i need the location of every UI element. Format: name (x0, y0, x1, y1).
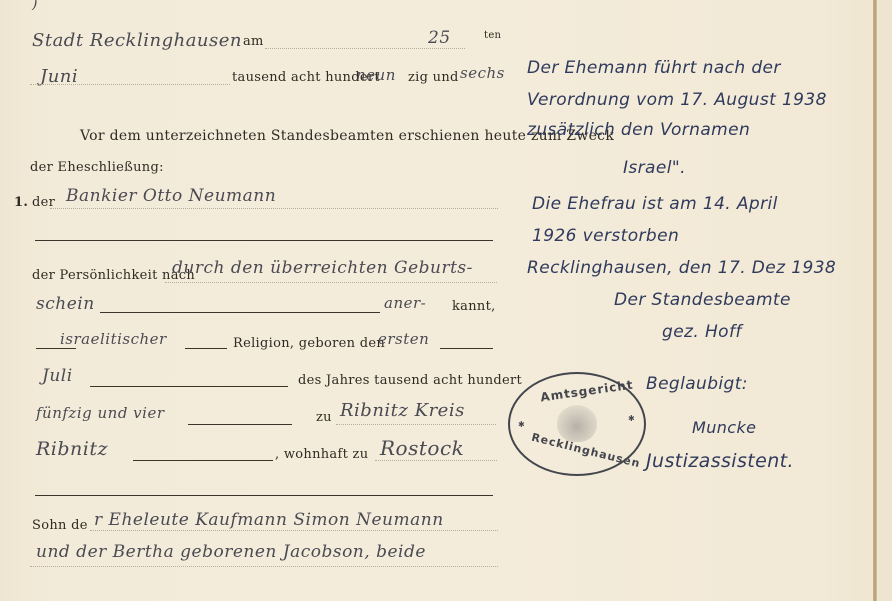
stamp-star-icon: ✱ (628, 414, 635, 423)
ruled-line (440, 348, 493, 349)
dotted-line (336, 424, 496, 425)
identity-handwritten-2: schein (36, 294, 95, 314)
top-partial-mark: ) (32, 0, 38, 12)
stamp-emblem-icon (557, 404, 597, 442)
annotation-line-3: zusätzlich den Vornamen (527, 120, 750, 140)
stamp-top-text: Amtsgericht (539, 378, 634, 405)
groom-occupation-name: Bankier Otto Neumann (66, 186, 276, 206)
intro-line-2: der Eheschließung: (30, 160, 164, 175)
stamp-star-icon: ✱ (518, 420, 525, 429)
dotted-line (30, 84, 230, 85)
next-page-edge (877, 0, 892, 601)
print-am: am (243, 34, 264, 49)
certification-label: Beglaubigt: (646, 374, 748, 394)
dotted-line (265, 48, 465, 49)
ruled-line (90, 386, 288, 387)
ruled-line (185, 348, 227, 349)
parents-handwritten-1: r Eheleute Kaufmann Simon Neumann (94, 510, 444, 530)
print-kannt: kannt, (452, 299, 496, 314)
unit-handwritten: sechs (460, 64, 505, 82)
print-des-jahres: des Jahres tausend acht hundert (298, 373, 522, 388)
birth-day-handwritten: ersten (378, 330, 429, 348)
dotted-line (90, 530, 498, 531)
identity-handwritten-3: aner- (384, 294, 426, 312)
dotted-line (30, 566, 498, 567)
entry-number: 1. (14, 195, 28, 210)
residence-handwritten: Rostock (380, 436, 464, 460)
annotation-line-5: Die Ehefrau ist am 14. April (532, 194, 778, 214)
annotation-line-7: Recklinghausen, den 17. Dez 1938 (527, 258, 836, 278)
place-handwritten: Stadt Recklinghausen (32, 30, 242, 51)
signature-title: Justizassistent. (646, 450, 794, 472)
ruled-line (133, 460, 273, 461)
ruled-line (35, 495, 493, 496)
annotation-line-1: Der Ehemann führt nach der (527, 58, 781, 78)
dotted-line (50, 208, 498, 209)
ruled-line (100, 312, 380, 313)
parents-handwritten-2: und der Bertha geborenen Jacobson, beide (36, 542, 426, 562)
print-identity: der Persönlichkeit nach (32, 268, 195, 283)
identity-handwritten-1: durch den überreichten Geburts- (172, 258, 473, 278)
annotation-line-2: Verordnung vom 17. August 1938 (527, 90, 827, 110)
dotted-line (165, 282, 497, 283)
court-stamp: Amtsgericht ✱ ✱ Recklinghausen (508, 372, 646, 476)
official-signature: Muncke (692, 418, 756, 437)
print-zig: zig und (408, 70, 459, 85)
print-zu: zu (316, 410, 332, 425)
annotation-line-9: gez. Hoff (662, 322, 742, 342)
birth-place-handwritten-2: Ribnitz (36, 438, 108, 460)
print-religion: Religion, geboren den (233, 336, 385, 351)
ruled-line (188, 424, 292, 425)
religion-handwritten: israelitischer (60, 330, 167, 348)
print-ten: ten (484, 30, 501, 41)
decade-handwritten: neun (356, 66, 396, 84)
annotation-line-4: Israel". (623, 158, 686, 178)
print-wohnhaft: , wohnhaft zu (275, 447, 368, 462)
print-sohn: Sohn de (32, 518, 88, 533)
ruled-line (35, 240, 493, 241)
dotted-line (375, 460, 497, 461)
ruled-line (36, 348, 76, 349)
birth-place-handwritten-1: Ribnitz Kreis (340, 400, 465, 421)
birth-year-handwritten: fünfzig und vier (36, 404, 165, 422)
birth-month-handwritten: Juli (42, 366, 73, 386)
annotation-line-6: 1926 verstorben (532, 226, 679, 246)
day-handwritten: 25 (428, 28, 451, 48)
annotation-line-8: Der Standesbeamte (614, 290, 791, 310)
